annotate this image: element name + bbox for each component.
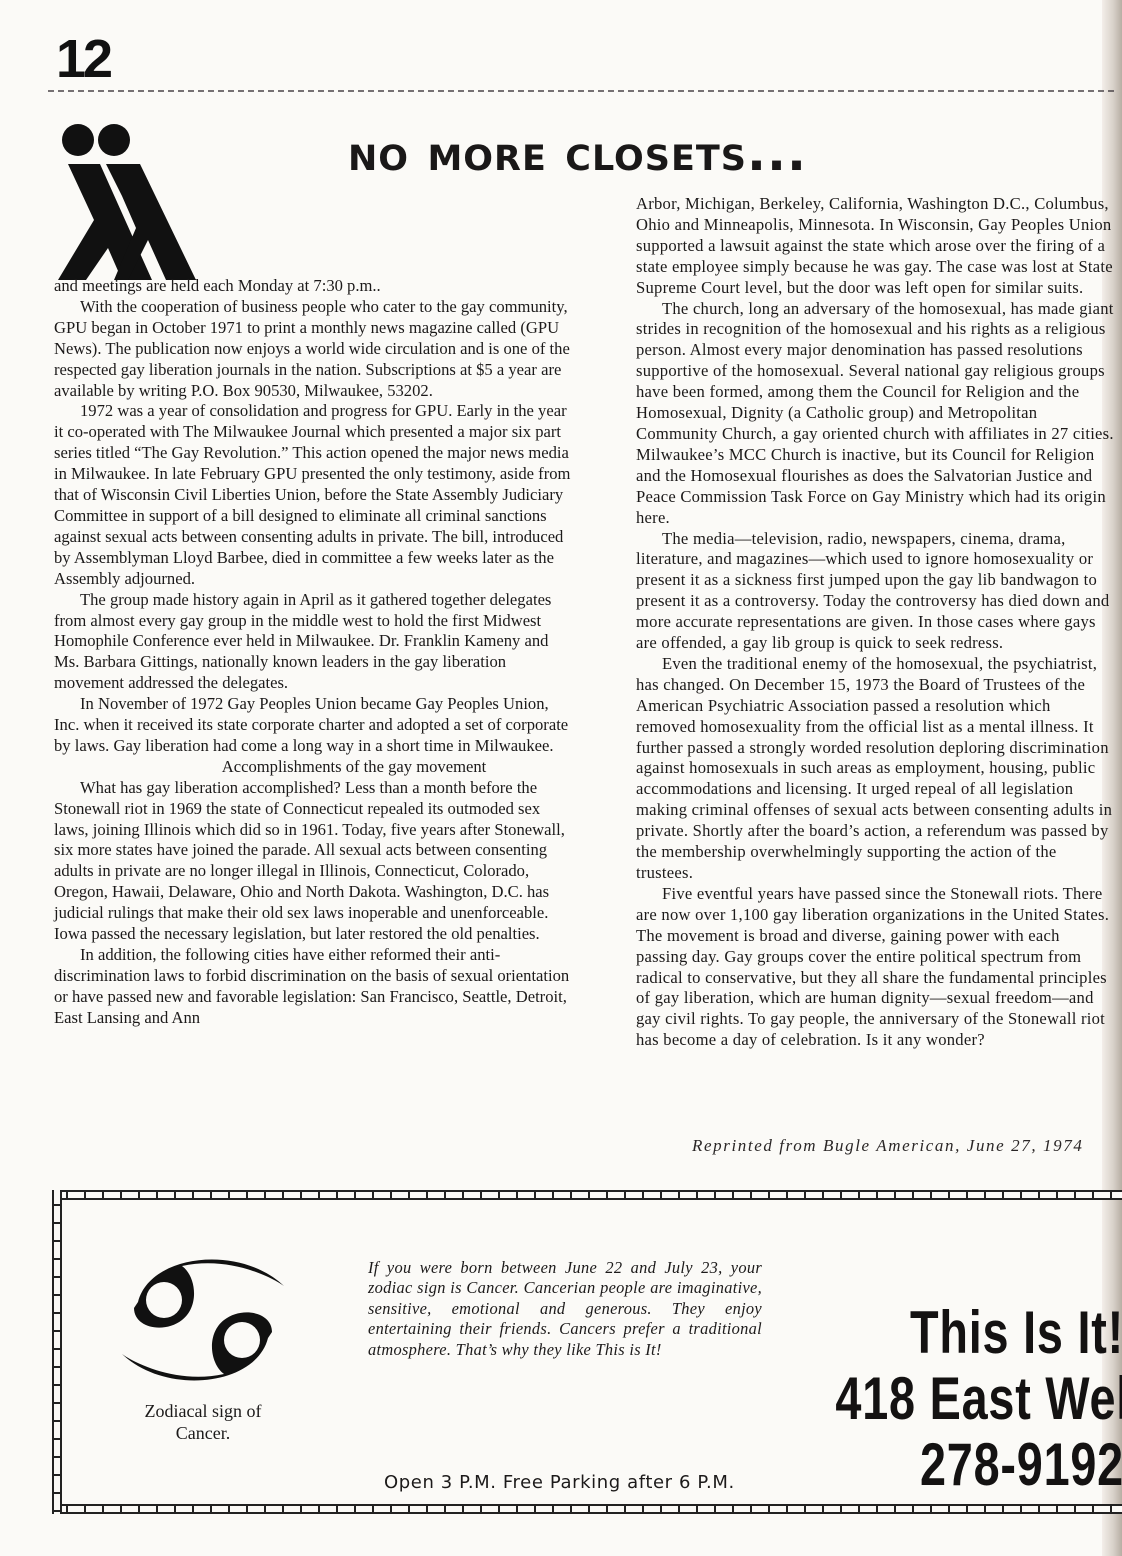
article-left-column: and meetings are held each Monday at 7:3…: [54, 276, 574, 1029]
paragraph: What has gay liberation accomplished? Le…: [54, 778, 574, 945]
header-rule: [48, 90, 1114, 92]
paragraph: In November of 1972 Gay Peoples Union be…: [54, 694, 574, 757]
brand-address: 418 East Wells: [835, 1366, 1122, 1432]
page-number: 12: [56, 28, 110, 90]
caption-line: Cancer.: [108, 1422, 298, 1444]
paragraph: The media—television, radio, newspapers,…: [636, 529, 1114, 654]
paragraph: With the cooperation of business people …: [54, 297, 574, 402]
paragraph: 1972 was a year of consolidation and pro…: [54, 401, 574, 589]
gay-peoples-union-logo-icon: [56, 122, 202, 280]
chain-border-bottom: [52, 1504, 1122, 1514]
reprint-credit: Reprinted from Bugle American, June 27, …: [692, 1136, 1083, 1156]
cancer-zodiac-icon: [120, 1250, 286, 1390]
caption-line: Zodiacal sign of: [108, 1400, 298, 1422]
ad-blurb: If you were born between June 22 and Jul…: [368, 1258, 762, 1360]
paragraph: Five eventful years have passed since th…: [636, 884, 1114, 1051]
ad-hours: Open 3 P.M. Free Parking after 6 P.M.: [384, 1472, 735, 1493]
paragraph: Even the traditional enemy of the homose…: [636, 654, 1114, 884]
paragraph: and meetings are held each Monday at 7:3…: [54, 276, 574, 297]
ad-brand-block: This Is It! 418 East Wells 278-9192: [835, 1300, 1122, 1498]
article-headline: no more closets...: [348, 124, 807, 182]
chain-border-top: [52, 1190, 1122, 1200]
paragraph: In addition, the following cities have e…: [54, 945, 574, 1029]
paragraph: The church, long an adversary of the hom…: [636, 299, 1114, 529]
brand-name: This Is It!: [835, 1300, 1122, 1366]
brand-phone: 278-9192: [835, 1432, 1122, 1498]
chain-border-left: [52, 1190, 62, 1514]
paragraph: The group made history again in April as…: [54, 590, 574, 695]
zodiac-caption: Zodiacal sign of Cancer.: [108, 1400, 298, 1444]
article-right-column: Arbor, Michigan, Berkeley, California, W…: [636, 194, 1114, 1051]
section-subheading: Accomplishments of the gay movement: [54, 757, 574, 778]
paragraph: Arbor, Michigan, Berkeley, California, W…: [636, 194, 1114, 299]
